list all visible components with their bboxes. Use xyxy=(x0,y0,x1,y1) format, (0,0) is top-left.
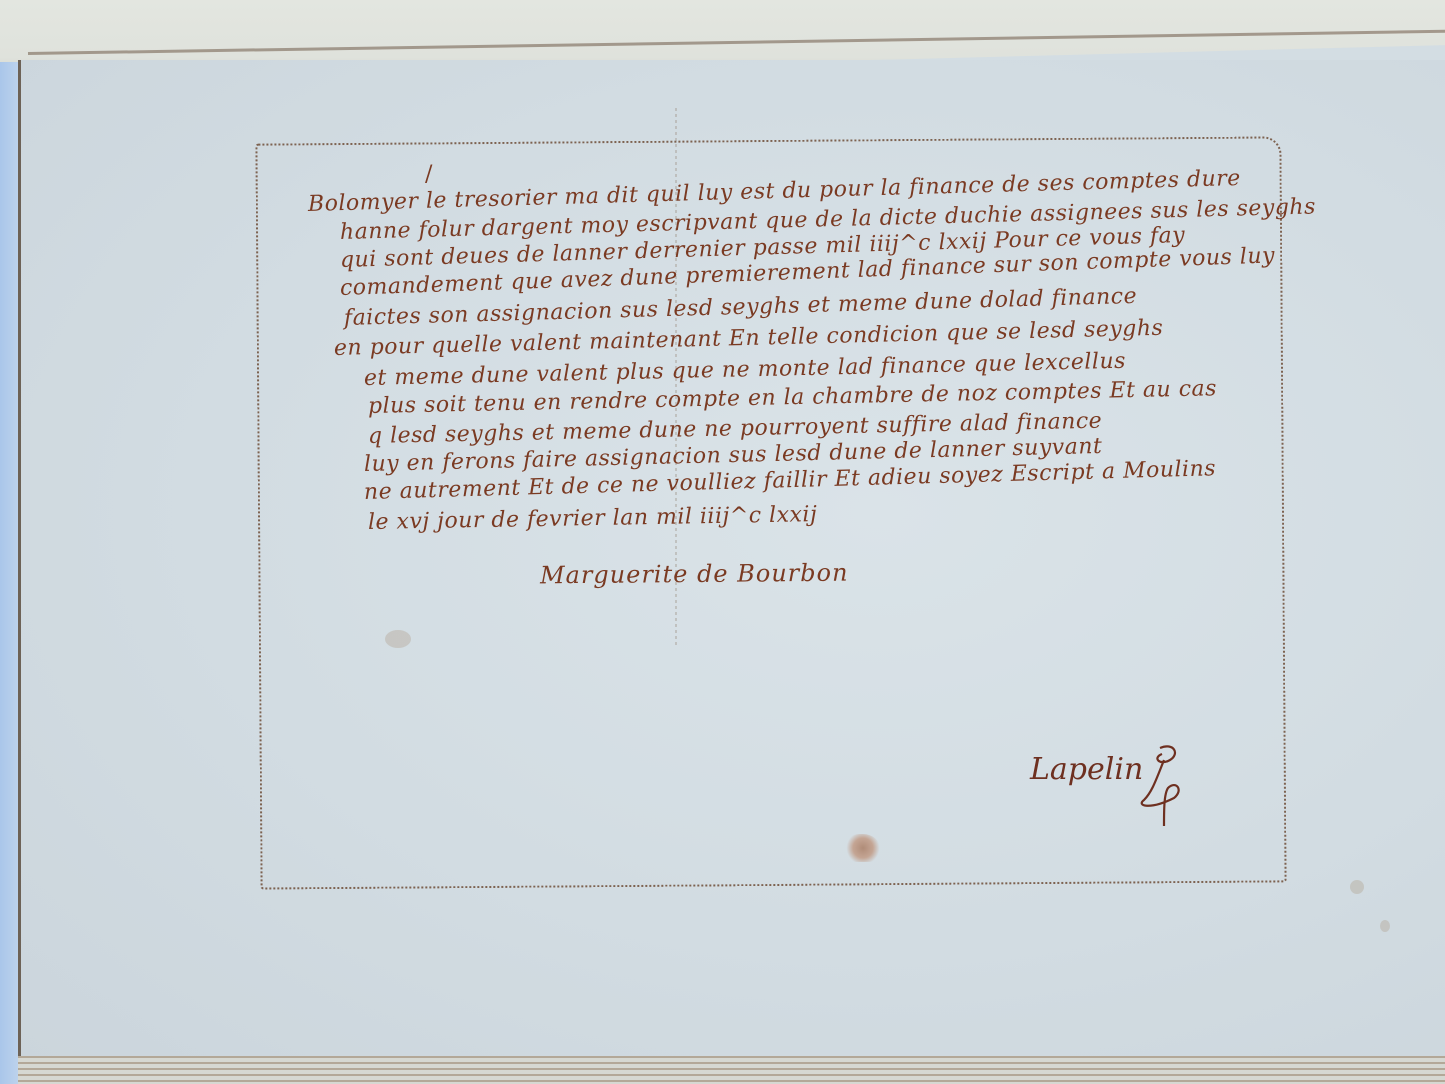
foxing-spot xyxy=(1350,880,1364,894)
stain xyxy=(846,834,880,862)
foxing-spot xyxy=(1380,920,1390,932)
signature-secretary: Lapelin xyxy=(1030,752,1143,787)
page-stack-edges xyxy=(18,1056,1445,1084)
foxing-spot xyxy=(385,630,411,648)
paraph-flourish-icon xyxy=(1130,740,1190,830)
signature-sender: Marguerite de Bourbon xyxy=(540,559,849,590)
opening-mark: / xyxy=(425,162,432,187)
